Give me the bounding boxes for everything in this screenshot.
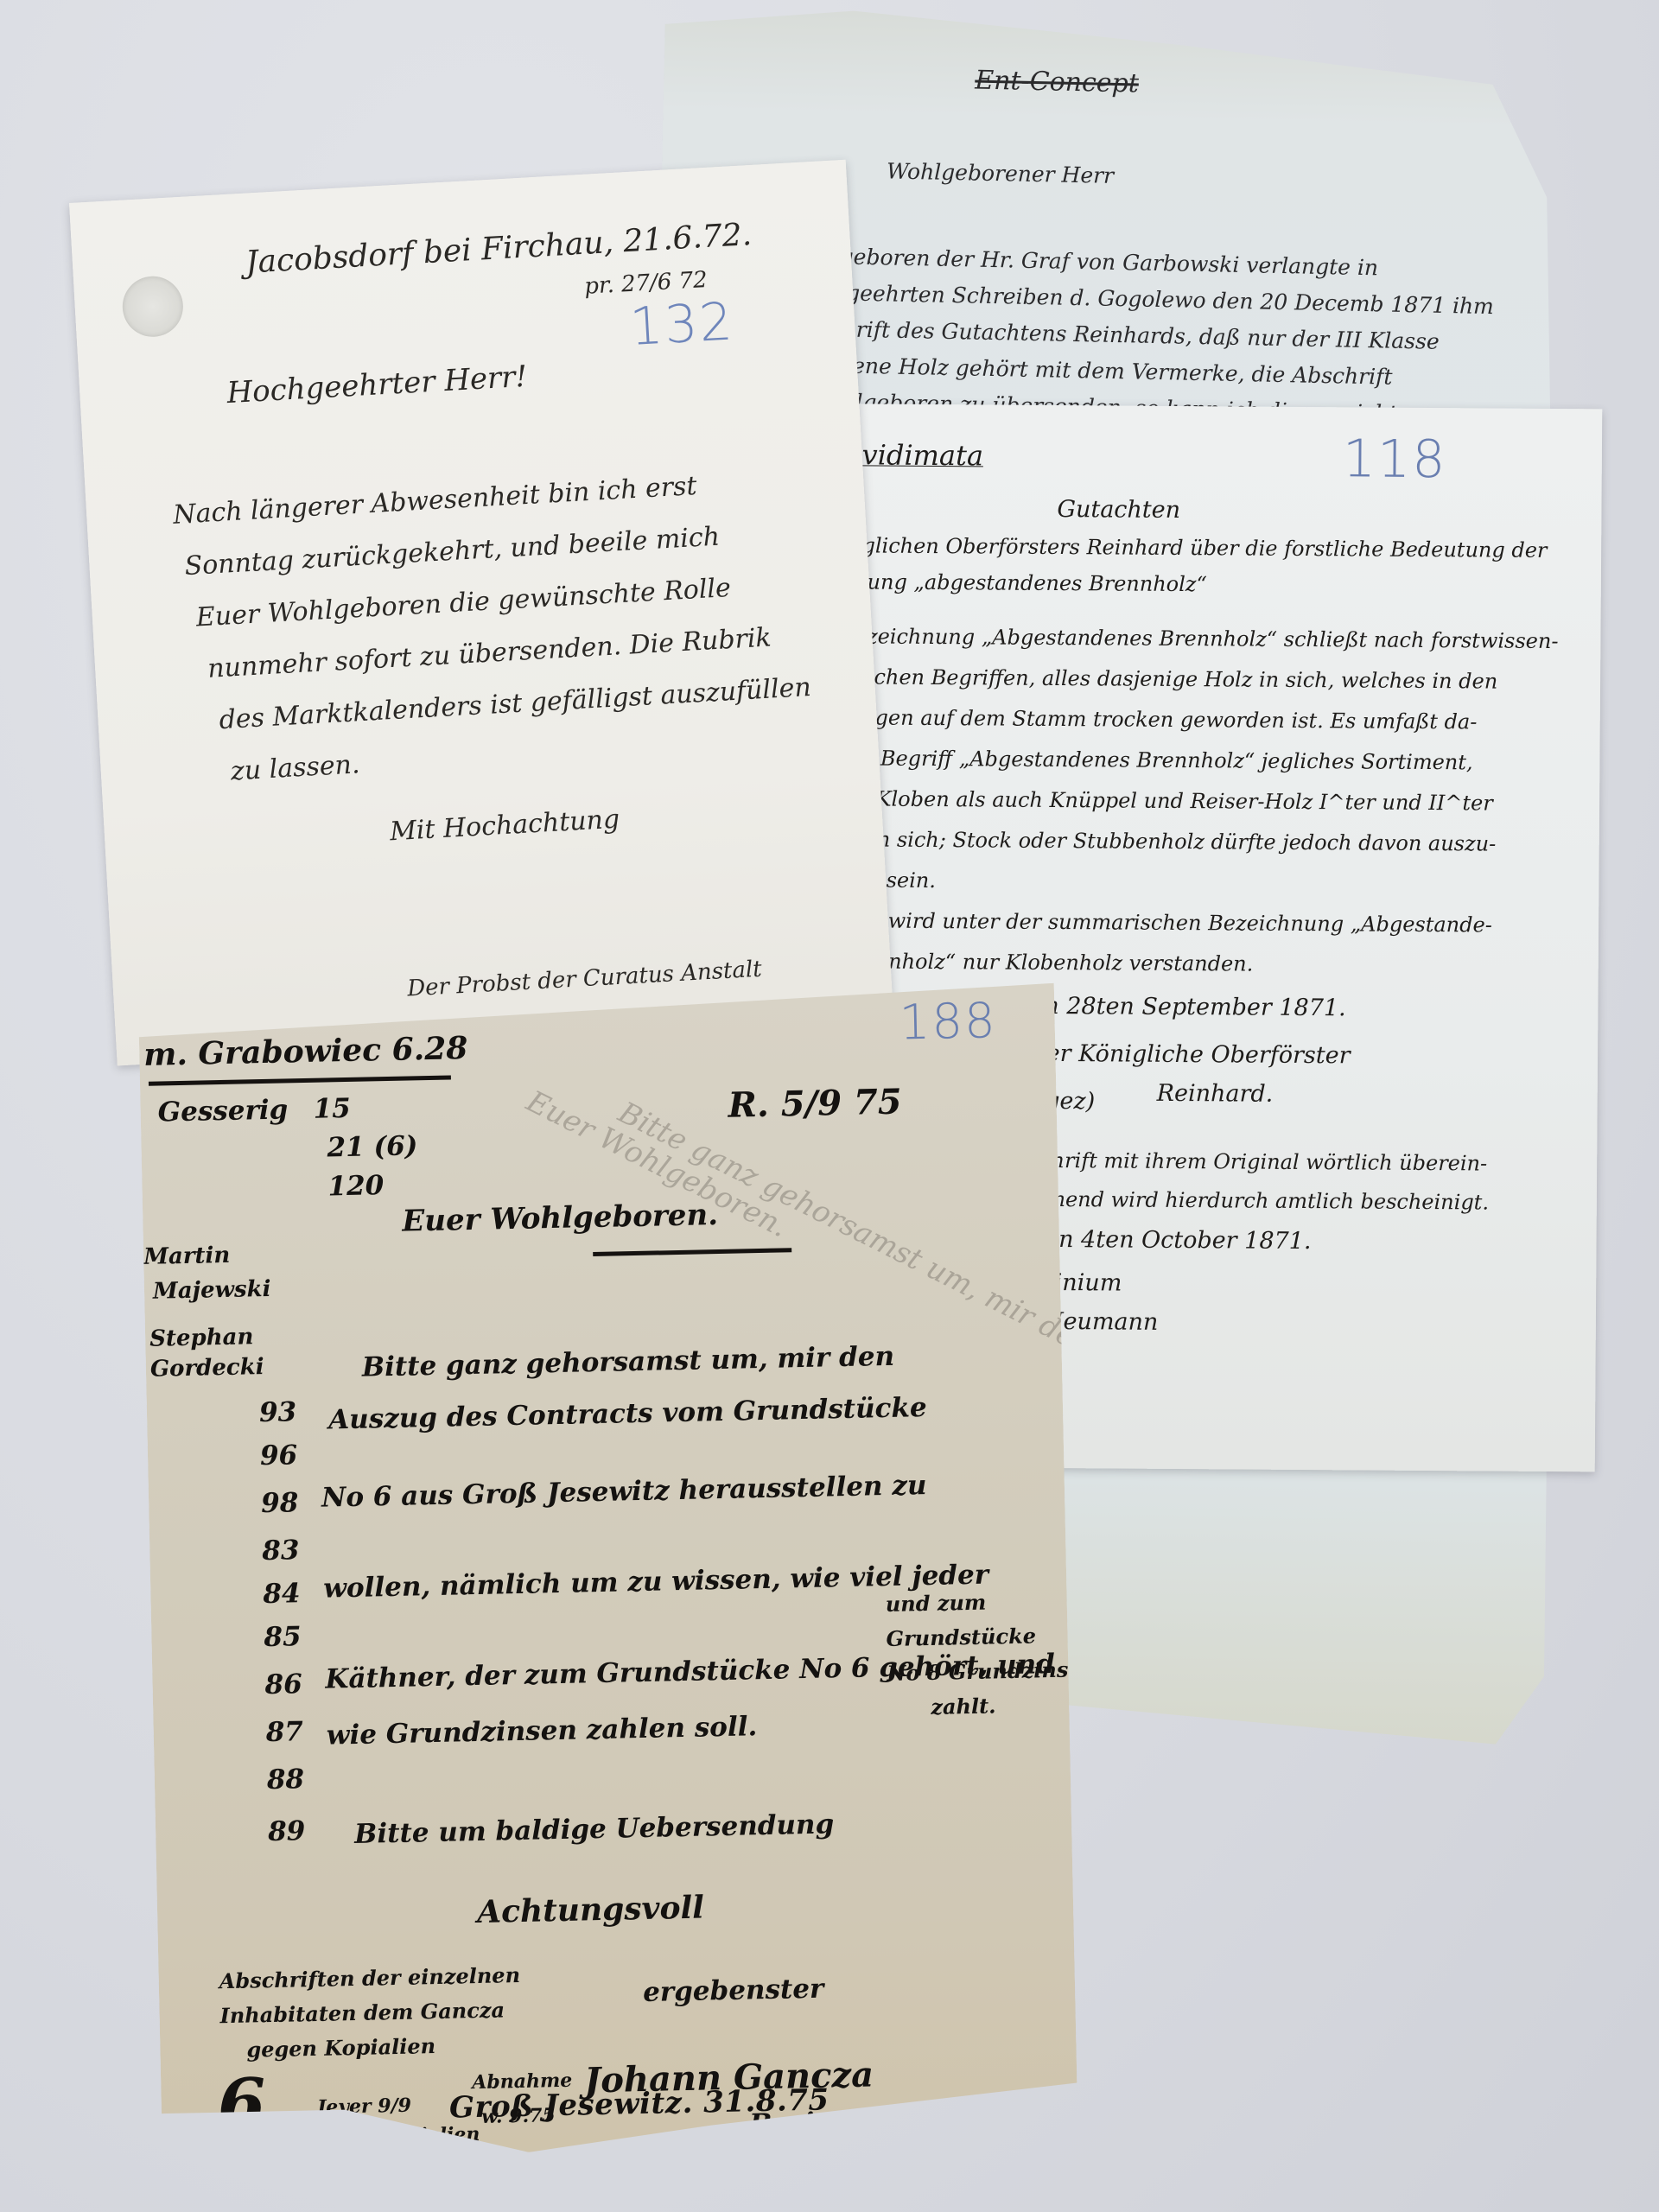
jacobsdorf-signature-line: Der Probst der Curatus Anstalt <box>407 957 763 1002</box>
jacobsdorf-body-line: nunmehr sofort zu übersenden. Die Rubrik <box>207 622 772 683</box>
copia-body-line: her der Begriff „Abgestandenes Brennholz… <box>796 746 1472 774</box>
jacobsdorf-letter-sheet: Jacobsdorf bei Firchau, 21.6.72. pr. 27/… <box>69 160 893 1066</box>
copia-signature-title: Der Königliche Oberförster <box>1027 1040 1351 1070</box>
back-letter-crossed-header: Ent-Concept <box>975 66 1139 99</box>
gancza-right-note: und zum <box>885 1590 986 1617</box>
jacobsdorf-body-line: zu lassen. <box>230 749 360 786</box>
stroke-mark <box>593 1248 791 1256</box>
gancza-line-number: 83 <box>262 1535 300 1567</box>
gancza-line-number: 85 <box>264 1621 302 1653</box>
gancza-footnote: Abschriften der einzelnen <box>219 1962 520 1993</box>
copia-body-line: Klasse in sich; Stock oder Stubbenholz d… <box>796 827 1497 856</box>
jacobsdorf-body-line: Nach längerer Abwesenheit bin ich erst <box>172 471 697 531</box>
gancza-right-note: No 8 Grundzinsen <box>887 1656 1096 1686</box>
embossed-seal <box>121 275 185 339</box>
header-underline <box>149 1075 451 1085</box>
gancza-margin-label: Stephan <box>149 1324 254 1352</box>
gancza-footnote: Inhabitaten dem Gancza <box>219 1997 505 2028</box>
gancza-line-number: 93 <box>259 1396 297 1428</box>
gancza-line-number: 88 <box>267 1764 305 1796</box>
gancza-margin-label: Gordecki <box>150 1354 264 1382</box>
gancza-line-number: 89 <box>268 1815 306 1847</box>
gancza-letter-sheet: Euer Wohlgeboren. Bitte ganz gehorsamst … <box>138 983 1078 2160</box>
gancza-footnote: gegen Kopialien <box>246 2033 435 2063</box>
gancza-salutation: Euer Wohlgeboren. <box>402 1198 718 1239</box>
gancza-margin-label: Martin <box>143 1243 231 1270</box>
copia-title: Gutachten <box>1057 496 1180 524</box>
copia-body-line: sowohl Kloben als auch Knüppel und Reise… <box>796 786 1493 816</box>
jacobsdorf-closing: Mit Hochachtung <box>389 804 620 848</box>
copia-body-line: Niemals wird unter der summarischen Beze… <box>795 908 1492 938</box>
jacobsdorf-body-line: Euer Wohlgeboren die gewünschte Rolle <box>195 573 732 633</box>
copia-subtitle-line: des Königlichen Oberförsters Reinhard üb… <box>772 533 1548 563</box>
gancza-line-number: 84 <box>263 1578 301 1610</box>
gancza-margin-label: Gesserig <box>157 1094 288 1128</box>
gancza-body-line: Bitte ganz gehorsamst um, mir den <box>362 1341 895 1383</box>
gancza-margin-label: Majewski <box>153 1276 271 1305</box>
gancza-margin-number: 120 <box>327 1170 384 1202</box>
gancza-big-numeral: 6 <box>217 2063 267 2145</box>
gancza-closing: Achtungsvoll <box>477 1890 705 1930</box>
copia-archive-number: 118 <box>1343 429 1447 490</box>
gancza-line-number: 87 <box>265 1716 303 1748</box>
gancza-line-number: 86 <box>264 1669 302 1700</box>
copia-body-line: Die Bezeichnung „Abgestandenes Brennholz… <box>797 624 1558 653</box>
jacobsdorf-body-line: des Marktkalenders ist gefälligst auszuf… <box>219 672 812 735</box>
copia-certification-line: stimmend wird hierdurch amtlich beschein… <box>1001 1187 1489 1215</box>
jacobsdorf-salutation: Hochgeehrter Herr! <box>226 359 528 410</box>
gancza-stamp-note: R. 5/9 75 <box>728 1082 902 1126</box>
gancza-line-number: 98 <box>261 1487 299 1519</box>
copia-body-line: schaftlichen Begriffen, alles dasjenige … <box>797 664 1497 694</box>
gancza-body-line: Auszug des Contracts vom Grundstücke <box>328 1392 927 1435</box>
gancza-line-number: 96 <box>260 1440 298 1471</box>
gancza-body-line: No 6 aus Groß Jesewitz herausstellen zu <box>321 1470 927 1514</box>
gancza-crossed-header: m. Grabowiec 6.28 <box>143 1030 468 1073</box>
gancza-right-note: zahlt. <box>931 1693 996 1719</box>
gancza-archive-number: 188 <box>899 993 997 1051</box>
jacobsdorf-archive-number: 132 <box>628 291 735 358</box>
jacobsdorf-body-line: Sonntag zurückgekehrt, und beeile mich <box>184 522 721 582</box>
gancza-bottom-note: Jeyer 9/9 <box>317 2094 412 2119</box>
copia-certification-line: Abschrift mit ihrem Original wörtlich üb… <box>1001 1148 1487 1176</box>
gancza-right-note: Grundstücke <box>886 1623 1036 1651</box>
back-letter-salutation: Wohlgeborener Herr <box>887 158 1115 188</box>
gancza-bottom-note: 3,36 m. Kopialien <box>291 2123 480 2150</box>
gancza-margin-number: 21 (6) <box>327 1130 418 1163</box>
copia-body-line: Waldungen auf dem Stamm trocken geworden… <box>797 705 1478 734</box>
gancza-body-line: Bitte um baldige Uebersendung <box>354 1808 835 1850</box>
copia-signature-name: Reinhard. <box>1157 1080 1274 1108</box>
gancza-bottom-note: 2-1- <box>180 2141 214 2160</box>
gancza-body-line: wie Grundzinsen zahlen soll. <box>326 1711 757 1751</box>
gancza-margin-number: 15 <box>313 1093 351 1125</box>
gancza-signature-place-date: Groß Jesewitz. 31.8.75 <box>449 2082 829 2125</box>
gancza-signoff: ergebenster <box>643 1974 824 2008</box>
